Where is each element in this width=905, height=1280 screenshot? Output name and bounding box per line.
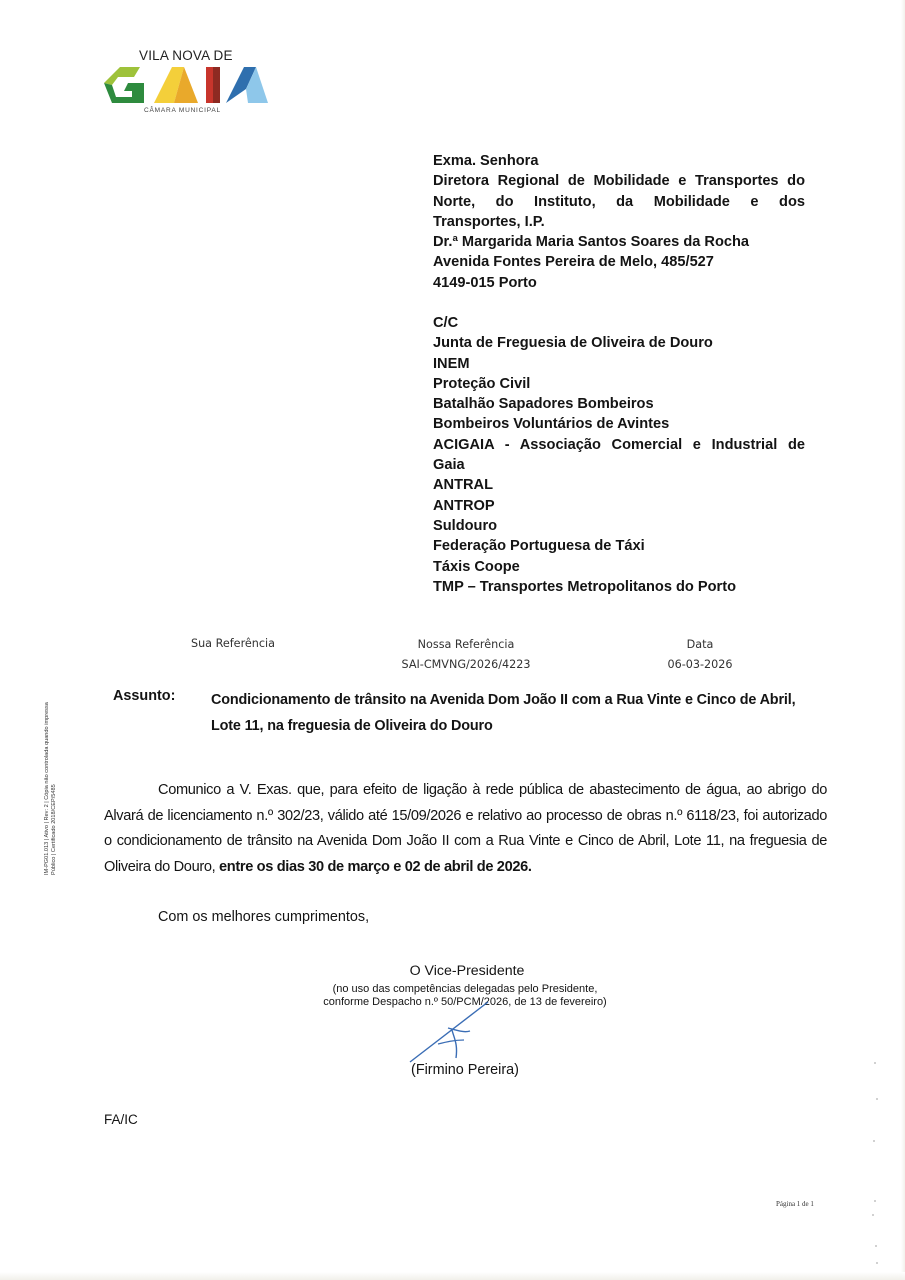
recipient-line: Norte, do Instituto, da Mobilidade e dos [433, 192, 805, 212]
signatory-name: (Firmino Pereira) [411, 1062, 519, 1078]
recipient-line: Exma. Senhora [433, 151, 805, 171]
cc-item: ANTRAL [433, 475, 805, 495]
scan-speck [875, 1245, 877, 1247]
cc-item: Federação Portuguesa de Táxi [433, 536, 805, 556]
signatory-title: O Vice-Presidente [410, 963, 525, 979]
cc-label: C/C [433, 313, 805, 333]
date-value: 06-03-2026 [667, 658, 732, 671]
scan-speck [873, 1140, 875, 1142]
recipient-address: Exma. Senhora Diretora Regional de Mobil… [433, 151, 805, 293]
body-paragraph-bold: entre os dias 30 de março e 02 de abril … [219, 859, 532, 875]
cc-item: Batalhão Sapadores Bombeiros [433, 394, 805, 414]
your-reference-label: Sua Referência [191, 637, 275, 650]
recipient-line: Dr.ª Margarida Maria Santos Soares da Ro… [433, 232, 805, 252]
cc-item: Junta de Freguesia de Oliveira de Douro [433, 333, 805, 353]
cc-item: INEM [433, 354, 805, 374]
cc-list: C/C Junta de Freguesia de Oliveira de Do… [433, 313, 805, 597]
municipality-logo: VILA NOVA DE CÂMARA MUNICIPAL [102, 48, 270, 118]
page-edge [901, 0, 905, 1280]
cc-item: ACIGAIA - Associação Comercial e Industr… [433, 435, 805, 455]
cc-item: Proteção Civil [433, 374, 805, 394]
logo-top-text: VILA NOVA DE [139, 48, 233, 63]
our-reference-value: SAI-CMVNG/2026/4223 [402, 658, 531, 671]
scan-speck [874, 1062, 876, 1064]
cc-item: Gaia [433, 455, 805, 475]
handwritten-signature-icon [408, 1000, 498, 1065]
scan-speck [876, 1262, 878, 1264]
recipient-line: Transportes, I.P. [433, 212, 805, 232]
our-reference-label: Nossa Referência [418, 638, 515, 651]
author-initials: FA/IC [104, 1112, 138, 1127]
scan-speck [876, 1098, 878, 1100]
recipient-line: Diretora Regional de Mobilidade e Transp… [433, 171, 805, 191]
recipient-line: 4149-015 Porto [433, 273, 805, 293]
scan-speck [872, 1214, 874, 1216]
delegation-note-line: (no uso das competências delegadas pelo … [323, 983, 606, 996]
scan-speck [874, 1200, 876, 1202]
cc-item: ANTROP [433, 496, 805, 516]
closing-text: Com os melhores cumprimentos, [158, 909, 369, 925]
control-note-line: Público | Certificado 2018/CEP/5485 [51, 635, 58, 875]
cc-item: Bombeiros Voluntários de Avintes [433, 414, 805, 434]
page-number: Página 1 de 1 [776, 1200, 814, 1208]
control-note-line: IM-PG01.013 | Ativo | Rev: 2 | Cópia não… [44, 635, 51, 875]
cc-item: Táxis Coope [433, 557, 805, 577]
page-edge [0, 1272, 905, 1280]
subject-text: Condicionamento de trânsito na Avenida D… [211, 688, 811, 739]
document-control-note: IM-PG01.013 | Ativo | Rev: 2 | Cópia não… [44, 635, 58, 875]
gaia-wordmark-icon [102, 63, 270, 107]
recipient-line: Avenida Fontes Pereira de Melo, 485/527 [433, 252, 805, 272]
cc-item: TMP – Transportes Metropolitanos do Port… [433, 577, 805, 597]
date-label: Data [687, 638, 714, 651]
cc-item: Suldouro [433, 516, 805, 536]
logo-bottom-text: CÂMARA MUNICIPAL [144, 107, 221, 114]
subject-label: Assunto: [113, 688, 175, 704]
letter-body: Comunico a V. Exas. que, para efeito de … [104, 778, 827, 881]
